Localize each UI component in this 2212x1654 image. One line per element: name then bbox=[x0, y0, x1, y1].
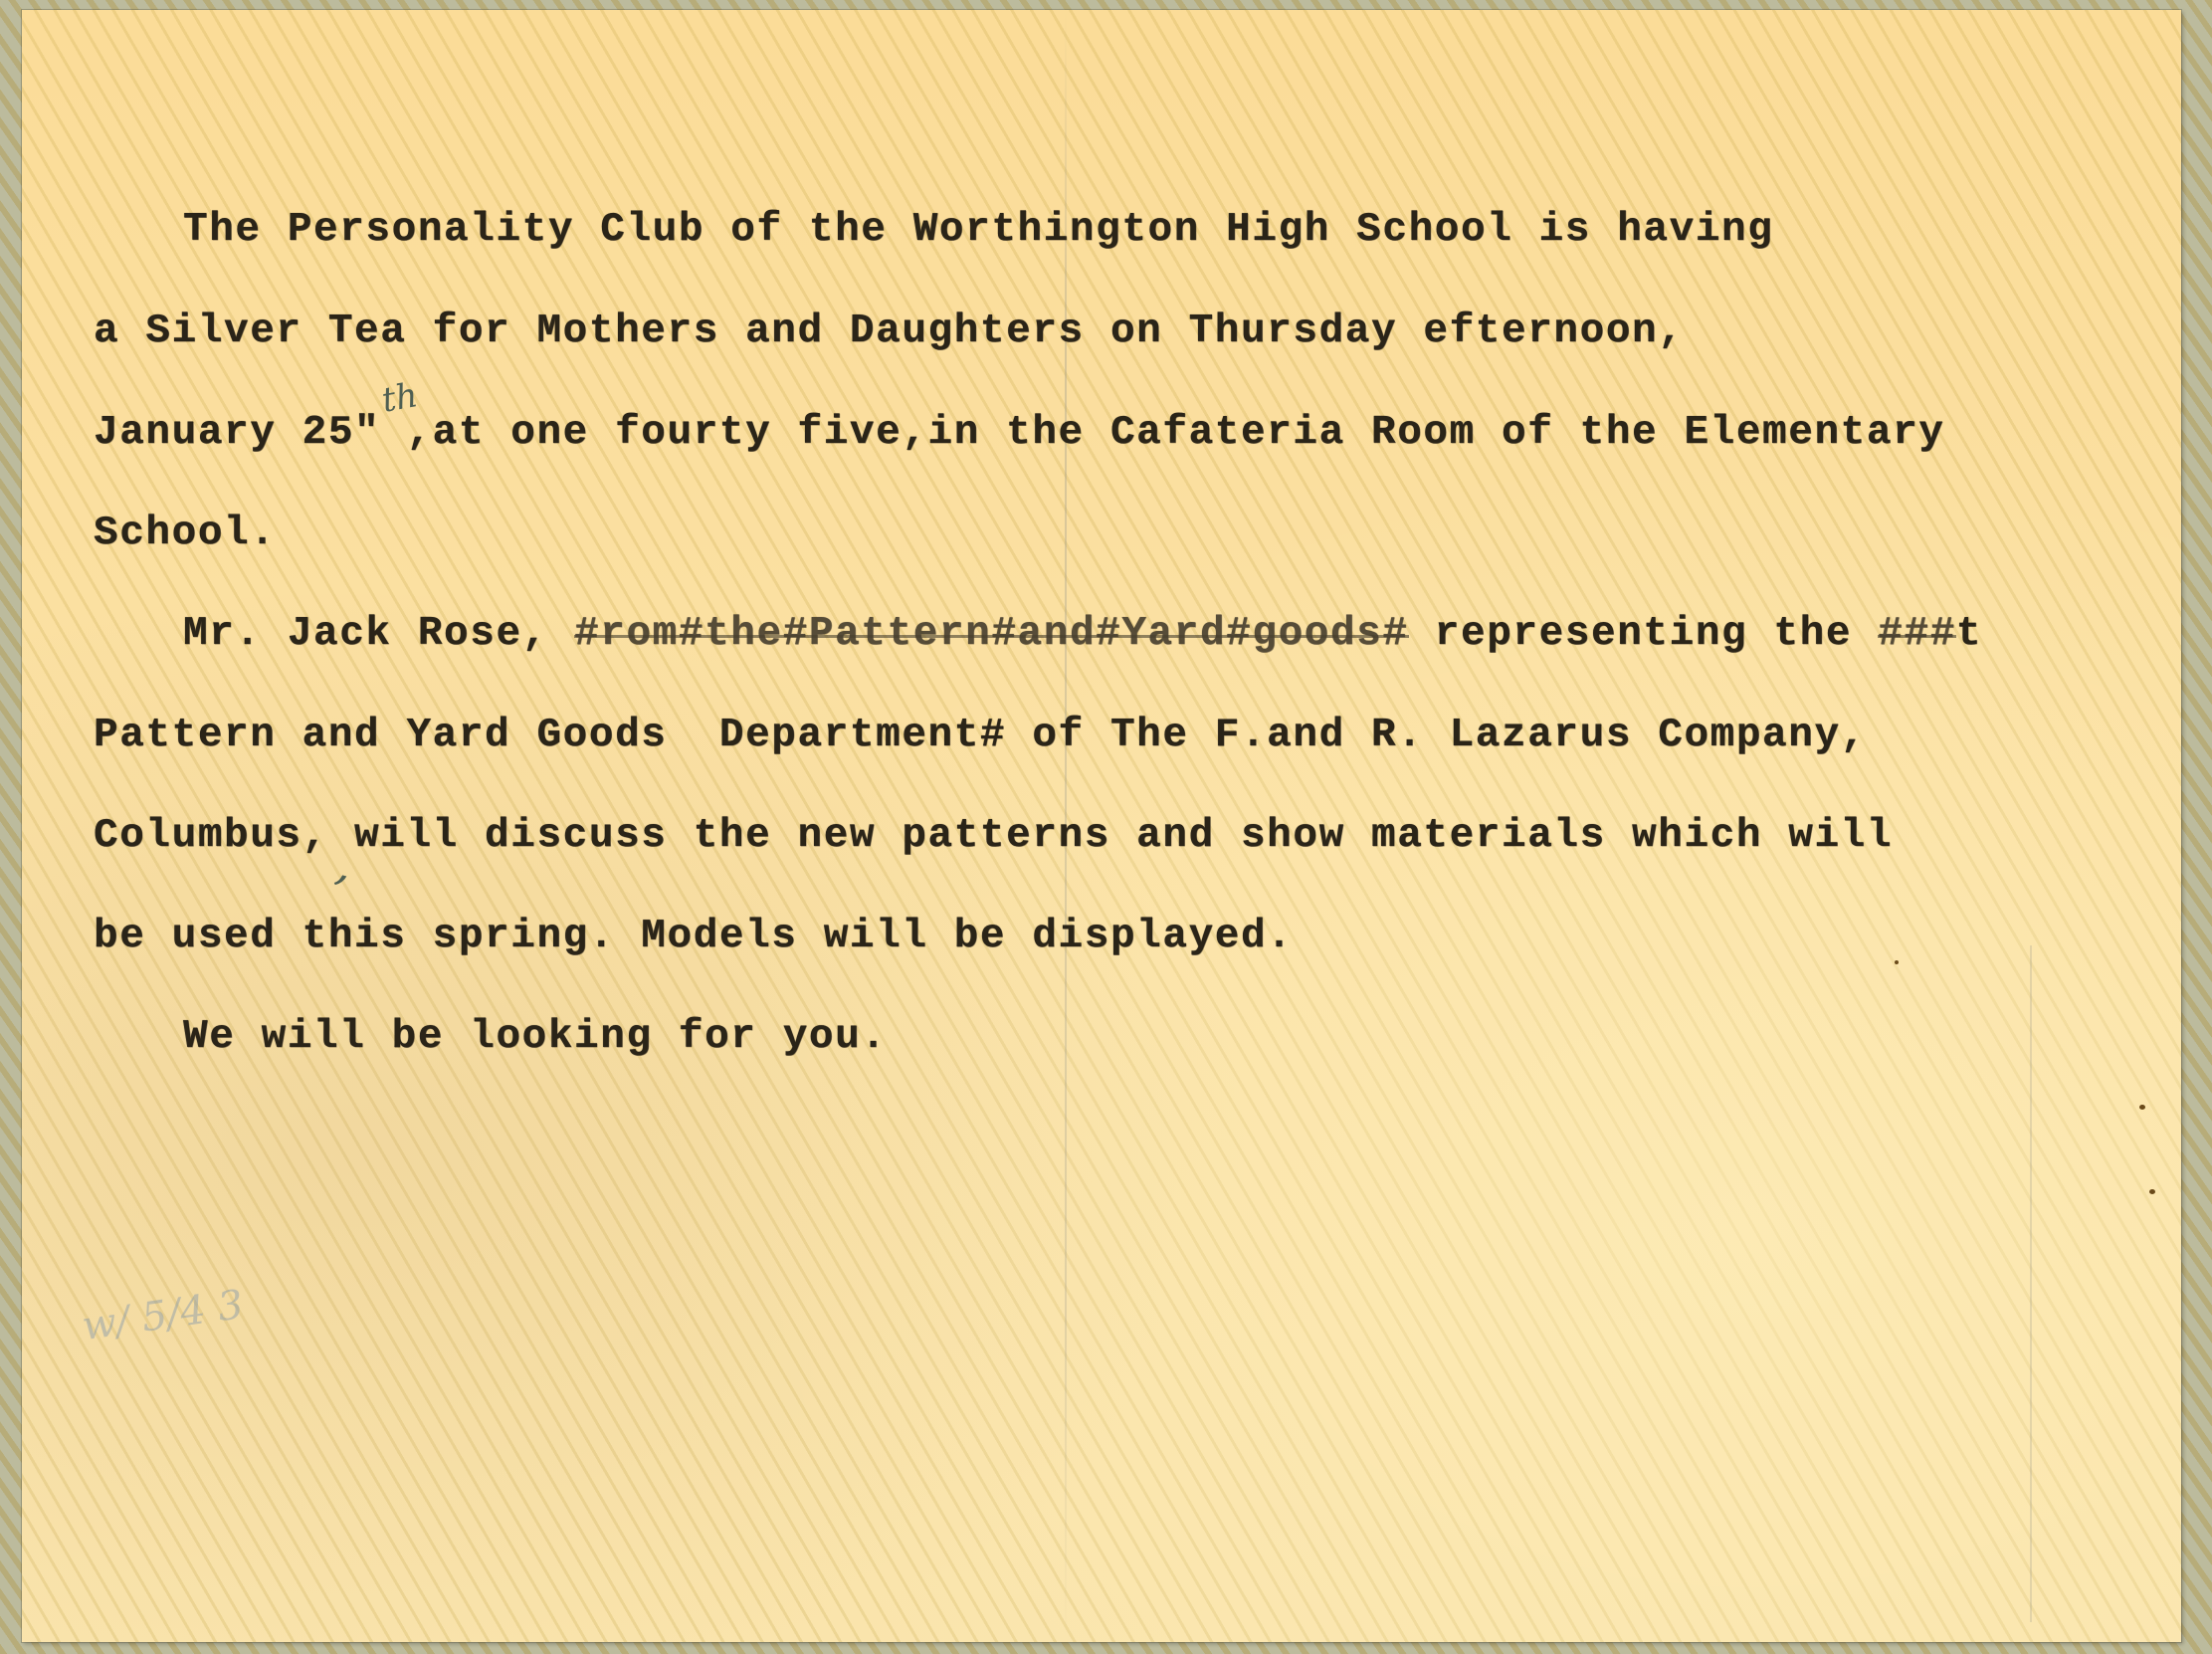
struck-out-text: #rom#the#Pattern#and#Yard#goods# bbox=[574, 611, 1409, 657]
line-start-text: Mr. Jack Rose, bbox=[183, 611, 574, 657]
paragraph-2-line-2: Pattern and Yard Goods Department# of Th… bbox=[94, 713, 1867, 758]
paper-speck bbox=[2139, 1105, 2145, 1110]
paragraph-2-line-4: be used this spring. Models will be disp… bbox=[94, 914, 1293, 959]
paper-speck bbox=[2149, 1189, 2155, 1194]
closing-line: We will be looking for you. bbox=[183, 1014, 888, 1060]
handwritten-superscript: th bbox=[379, 375, 421, 421]
faint-pencil-note: w/ 5/4 3 bbox=[80, 1283, 247, 1348]
crease-line bbox=[2030, 945, 2032, 1622]
line-mid-text: representing the bbox=[1409, 611, 1879, 657]
paragraph-2-line-1: Mr. Jack Rose, #rom#the#Pattern#and#Yard… bbox=[183, 611, 1982, 657]
line-end-text: t bbox=[1956, 611, 1982, 657]
paragraph-1-line-3: January 25" ,at one fourty five,in the C… bbox=[94, 410, 1944, 456]
paragraph-1-line-2: a Silver Tea for Mothers and Daughters o… bbox=[94, 309, 1684, 354]
paragraph-2-line-3: Columbus, will discuss the new patterns … bbox=[94, 813, 1893, 859]
typewritten-page: The Personality Club of the Worthington … bbox=[22, 10, 2181, 1642]
paragraph-1-line-1: The Personality Club of the Worthington … bbox=[183, 207, 1773, 253]
paper-speck bbox=[1895, 960, 1899, 964]
paragraph-1-line-4: School. bbox=[94, 511, 276, 556]
struck-out-text-2: ### bbox=[1878, 611, 1956, 657]
